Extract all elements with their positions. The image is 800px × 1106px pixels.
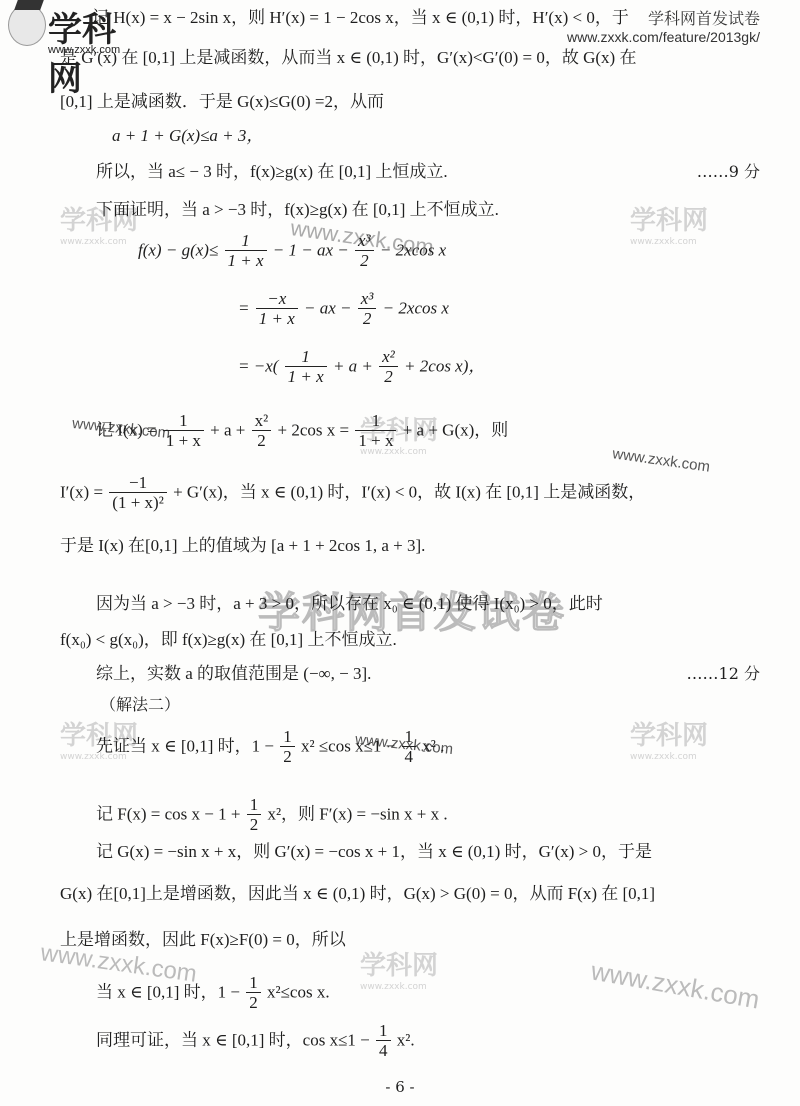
fraction: 11 + x xyxy=(163,412,204,451)
line-18: 记 F(x) = cos x − 1 + 12 x²，则 F′(x) = −si… xyxy=(96,796,448,835)
fraction: x²2 xyxy=(252,412,272,451)
score-12: ……12 分 xyxy=(687,664,760,684)
fraction: 12 xyxy=(246,974,261,1013)
line-4: a + 1 + G(x)≤a + 3， xyxy=(112,126,263,146)
faint-logo-watermark: 学科网www.zxxk.com xyxy=(360,945,438,992)
fraction: 11 + x xyxy=(285,348,327,387)
line-5: 所以，当 a≤ − 3 时，f(x)≥g(x) 在 [0,1] 上恒成立. xyxy=(96,162,448,182)
url-watermark: www.zxxk.com xyxy=(611,445,711,476)
fraction: −x1 + x xyxy=(256,290,298,329)
line-6: 下面证明，当 a > −3 时，f(x)≥g(x) 在 [0,1] 上不恒成立. xyxy=(96,200,499,220)
line-17: 先证当 x ∈ [0,1] 时，1 − 12 x² ≤cos x≤1 − 14 … xyxy=(96,728,444,767)
fraction: 11 + x xyxy=(355,412,396,451)
line-22: 当 x ∈ [0,1] 时，1 − 12 x²≤cos x. xyxy=(96,974,330,1013)
inequality-line-3: = −x( 11 + x + a + x²2 + 2cos x)， xyxy=(238,348,485,387)
header-url: www.zxxk.com/feature/2013gk/ xyxy=(567,29,760,45)
line-12: 于是 I(x) 在[0,1] 上的值域为 [a + 1 + 2cos 1, a … xyxy=(60,536,425,556)
line-14: f(x₀) < g(x₀)，即 f(x)≥g(x) 在 [0,1] 上不恒成立. xyxy=(60,630,397,650)
fraction: 14 xyxy=(376,1022,391,1061)
fraction: 12 xyxy=(280,728,295,767)
line-11: I′(x) = −1(1 + x)² + G′(x)，当 x ∈ (0,1) 时… xyxy=(60,474,645,513)
fraction: 12 xyxy=(247,796,262,835)
fraction: x²2 xyxy=(379,348,398,387)
line-3: [0,1] 上是减函数．于是 G(x)≤G(0) =2，从而 xyxy=(60,92,384,112)
score-9: ……9 分 xyxy=(697,162,760,182)
fraction: 11 + x xyxy=(225,232,267,271)
faint-logo-watermark: 学科网www.zxxk.com xyxy=(630,715,708,762)
inequality-line-2: = −x1 + x − ax − x³2 − 2xcos x xyxy=(238,290,449,329)
line-19: 记 G(x) = −sin x + x，则 G′(x) = −cos x + 1… xyxy=(96,842,652,862)
line-1: 记 H(x) = x − 2sin x，则 H′(x) = 1 − 2cos x… xyxy=(92,8,629,28)
line-13: 因为当 a > −3 时，a + 3 > 0，所以存在 x₀ ∈ (0,1) 使… xyxy=(96,594,603,614)
mascot-icon xyxy=(8,4,46,46)
faint-logo-watermark: 学科网www.zxxk.com xyxy=(630,200,708,247)
line-23: 同理可证，当 x ∈ [0,1] 时，cos x≤1 − 14 x². xyxy=(96,1022,415,1061)
fraction: −1(1 + x)² xyxy=(109,474,167,513)
line-21: 上是增函数，因此 F(x)≥F(0) = 0，所以 xyxy=(60,930,346,950)
url-watermark: www.zxxk.com xyxy=(589,955,762,1015)
fraction: 14 xyxy=(402,728,417,767)
inequality-line-1: f(x) − g(x)≤ 11 + x − 1 − ax − x³2 − 2xc… xyxy=(138,232,446,271)
fraction: x³2 xyxy=(358,290,377,329)
line-10: 记 I(x) = 11 + x + a + x²2 + 2cos x = 11 … xyxy=(96,412,508,451)
fraction: x³2 xyxy=(355,232,374,271)
line-15: 综上，实数 a 的取值范围是 (−∞, − 3]. xyxy=(96,664,371,684)
line-20: G(x) 在[0,1]上是增函数，因此当 x ∈ (0,1) 时，G(x) > … xyxy=(60,884,655,904)
graduation-cap-icon xyxy=(14,0,44,10)
line-2: 是 G′(x) 在 [0,1] 上是减函数，从而当 x ∈ (0,1) 时，G′… xyxy=(60,48,636,68)
page-number: - 6 - xyxy=(0,1078,800,1096)
method-two-heading: （解法二） xyxy=(100,696,180,716)
